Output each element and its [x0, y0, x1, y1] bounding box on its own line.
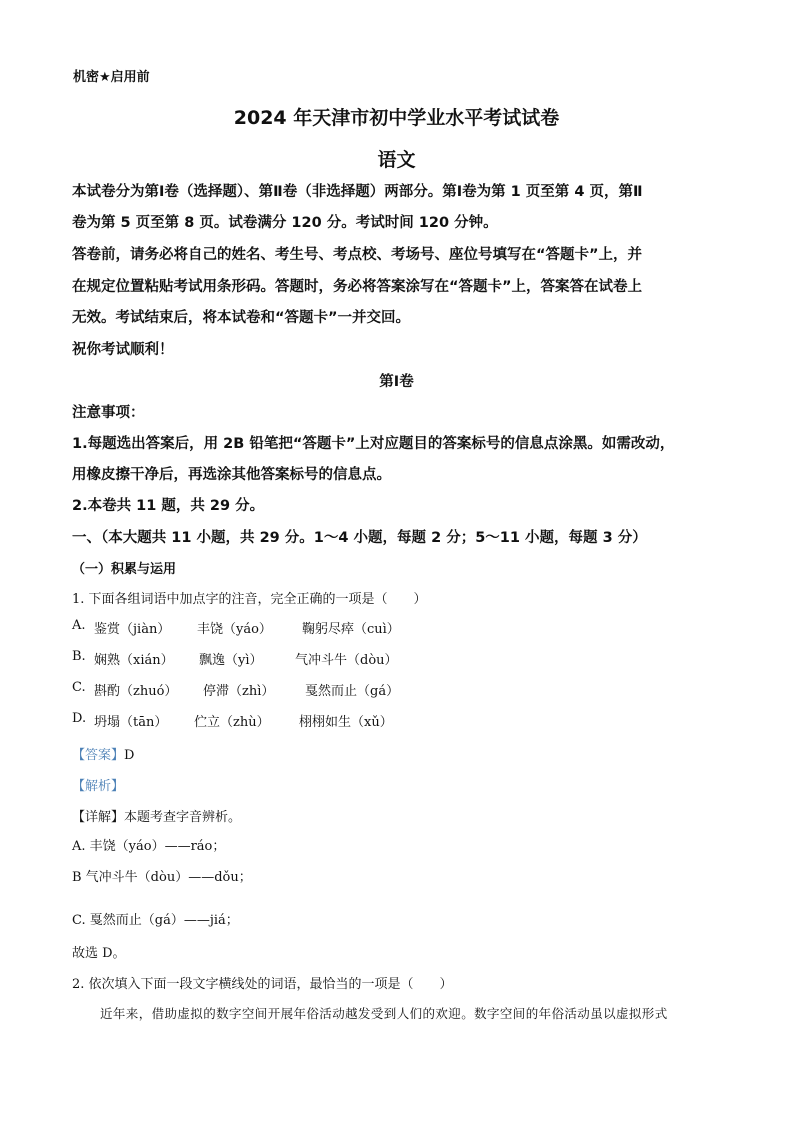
exam-title: 2024 年天津市初中学业水平考试试卷 [0, 103, 793, 130]
confidential-label: 机密★启用前 [73, 66, 150, 85]
option-d: D. 坍塌（tān） 伫立（zhù） 栩栩如生（xǔ） [72, 711, 94, 726]
explanation-line: B 气冲斗牛（dòu）——dǒu； [72, 866, 252, 885]
option-label: A. [72, 618, 94, 633]
subject-title: 语文 [0, 145, 793, 172]
conclusion-line: 故选 D。 [72, 942, 126, 961]
option-item: 鞠躬尽瘁（cuì） [302, 618, 400, 637]
option-item: 丰饶（yáo） [197, 618, 272, 637]
notes-line: 用橡皮擦干净后，再选涂其他答案标号的信息点。 [72, 463, 391, 484]
option-item: 飘逸（yì） [199, 649, 263, 668]
intro-line: 卷为第 5 页至第 8 页。试卷满分 120 分。考试时间 120 分钟。 [72, 211, 498, 232]
intro-line: 本试卷分为第Ⅰ卷（选择题）、第Ⅱ卷（非选择题）两部分。第Ⅰ卷为第 1 页至第 4… [72, 180, 643, 201]
option-item: 鉴赏（jiàn） [94, 618, 170, 637]
intro-line: 在规定位置粘贴考试用条形码。答题时，务必将答案涂写在“答题卡”上，答案答在试卷上 [72, 275, 642, 296]
intro-line: 无效。考试结束后，将本试卷和“答题卡”一并交回。 [72, 306, 410, 327]
explanation-line: C. 戛然而止（gá）——jiá； [72, 909, 239, 928]
question-2-stem: 2. 依次填入下面一段文字横线处的词语，最恰当的一项是（ ） [72, 973, 453, 992]
option-item: 气冲斗牛（dòu） [295, 649, 398, 668]
option-label: C. [72, 680, 94, 695]
option-item: 斟酌（zhuó） [94, 680, 177, 699]
option-item: 娴熟（xián） [94, 649, 174, 668]
sub-heading: （一）积累与运用 [72, 558, 176, 577]
option-c: C. 斟酌（zhuó） 停滞（zhì） 戛然而止（gá） [72, 680, 94, 695]
option-a: A. 鉴赏（jiàn） 丰饶（yáo） 鞠躬尽瘁（cuì） [72, 618, 94, 633]
option-item: 停滞（zhì） [203, 680, 274, 699]
option-b: B. 娴熟（xián） 飘逸（yì） 气冲斗牛（dòu） [72, 649, 94, 664]
answer-value: D [124, 748, 134, 763]
notes-title: 注意事项： [72, 401, 145, 422]
intro-line: 祝你考试顺利！ [72, 338, 174, 359]
question-1-stem: 1. 下面各组词语中加点字的注音，完全正确的一项是（ ） [72, 588, 427, 607]
option-label: D. [72, 711, 94, 726]
detail-line: 【详解】本题考查字音辨析。 [72, 806, 241, 825]
option-item: 伫立（zhù） [194, 711, 270, 730]
question-2-passage: 近年来，借助虚拟的数字空间开展年俗活动越发受到人们的欢迎。数字空间的年俗活动虽以… [100, 1004, 668, 1022]
option-item: 栩栩如生（xǔ） [299, 711, 393, 730]
answer-line: 【答案】D [72, 744, 134, 763]
option-label: B. [72, 649, 94, 664]
option-item: 戛然而止（gá） [305, 680, 399, 699]
option-item: 坍塌（tān） [94, 711, 167, 730]
explanation-line: A. 丰饶（yáo）——ráo； [72, 835, 225, 854]
section-heading: 第Ⅰ卷 [0, 370, 793, 391]
answer-label: 【答案】 [72, 748, 124, 763]
notes-line: 1.每题选出答案后，用 2B 铅笔把“答题卡”上对应题目的答案标号的信息点涂黑。… [72, 432, 674, 453]
intro-line: 答卷前，请务必将自己的姓名、考生号、考点校、考场号、座位号填写在“答题卡”上，并 [72, 243, 642, 264]
notes-line: 2.本卷共 11 题，共 29 分。 [72, 494, 264, 515]
exam-page: 机密★启用前 2024 年天津市初中学业水平考试试卷 语文 本试卷分为第Ⅰ卷（选… [0, 0, 793, 1122]
analysis-label: 【解析】 [72, 775, 124, 794]
part-heading: 一、（本大题共 11 小题，共 29 分。1～4 小题，每题 2 分；5～11 … [72, 526, 647, 547]
